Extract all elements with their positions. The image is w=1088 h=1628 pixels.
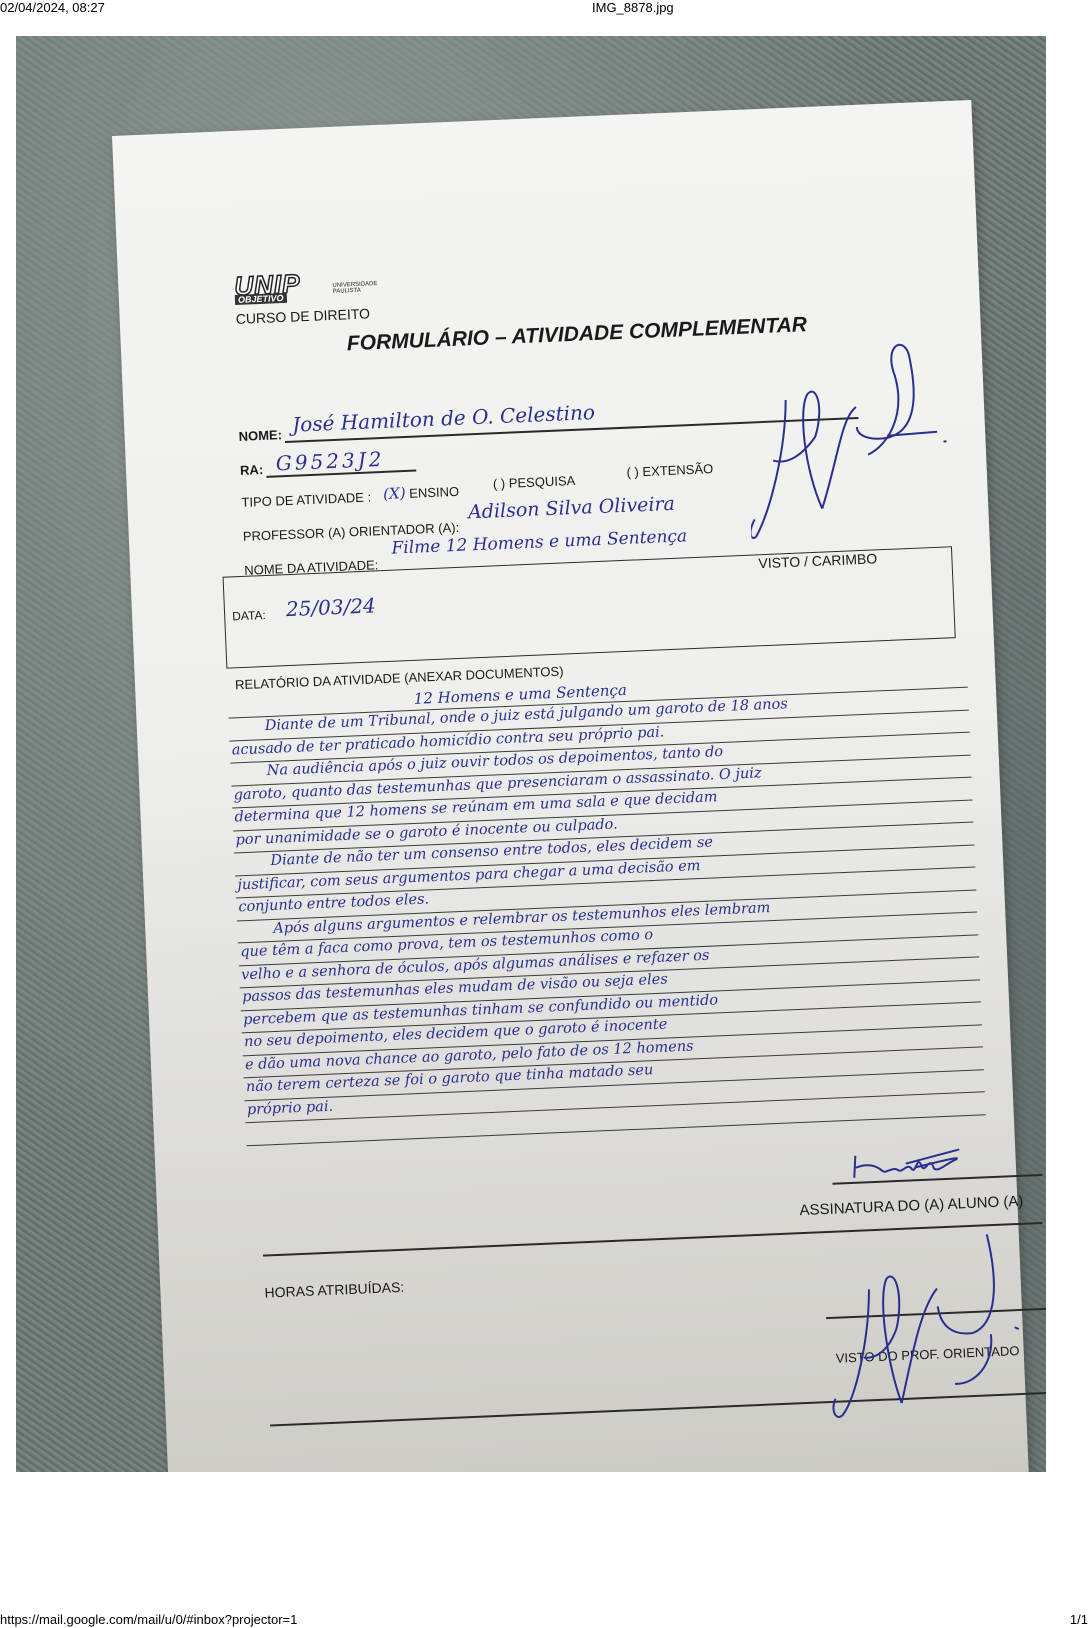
pesquisa-check-mark: ( ) bbox=[493, 476, 506, 492]
print-page-number: 1/1 bbox=[1070, 1612, 1088, 1627]
print-datetime: 02/04/2024, 08:27 bbox=[0, 0, 105, 15]
course-label: CURSO DE DIREITO bbox=[235, 305, 370, 327]
assinatura-aluno-label: ASSINATURA DO (A) ALUNO (A) bbox=[799, 1193, 1023, 1219]
ra-label: RA: bbox=[240, 462, 264, 478]
print-header: 02/04/2024, 08:27 IMG_8878.jpg bbox=[0, 0, 1088, 16]
print-filename: IMG_8878.jpg bbox=[592, 0, 674, 15]
ensino-check-mark: (X) bbox=[383, 484, 406, 503]
print-footer: https://mail.google.com/mail/u/0/#inbox?… bbox=[0, 1612, 1088, 1628]
ra-value: G9523J2 bbox=[275, 447, 385, 476]
relatorio-line: próprio pai. bbox=[247, 1098, 334, 1118]
professor-signature-bottom bbox=[808, 1223, 1036, 1422]
form-title: FORMULÁRIO – ATIVIDADE COMPLEMENTAR bbox=[346, 313, 807, 356]
pesquisa-label: PESQUISA bbox=[508, 473, 575, 491]
logo-sub: OBJETIVO bbox=[235, 293, 287, 305]
tipo-option-pesquisa[interactable]: ( ) PESQUISA bbox=[493, 473, 576, 491]
tipo-label: TIPO DE ATIVIDADE : bbox=[241, 489, 371, 509]
extensao-check-mark: ( ) bbox=[626, 464, 639, 480]
relatorio-line: conjunto entre todos eles. bbox=[238, 891, 429, 915]
horas-label: HORAS ATRIBUÍDAS: bbox=[264, 1279, 404, 1301]
extensao-label: EXTENSÃO bbox=[642, 461, 713, 479]
tipo-option-extensao[interactable]: ( ) EXTENSÃO bbox=[626, 461, 713, 480]
nome-label: NOME: bbox=[238, 427, 282, 444]
professor-value: Adilson Silva Oliveira bbox=[468, 493, 676, 524]
unip-logo: UNIP OBJETIVO UNIVERSIDADE PAULISTA bbox=[234, 265, 385, 307]
tipo-option-ensino[interactable]: (X) ENSINO bbox=[383, 482, 460, 503]
data-label: DATA: bbox=[232, 608, 266, 623]
form-paper: UNIP OBJETIVO UNIVERSIDADE PAULISTA CURS… bbox=[112, 100, 1032, 1472]
ensino-label: ENSINO bbox=[409, 484, 459, 501]
logo-university: UNIVERSIDADE PAULISTA bbox=[332, 281, 384, 295]
professor-signature-top bbox=[743, 333, 951, 541]
data-value: 25/03/24 bbox=[285, 593, 376, 621]
print-url[interactable]: https://mail.google.com/mail/u/0/#inbox?… bbox=[0, 1612, 297, 1627]
relatorio-body: 12 Homens e uma Sentença Diante de um Tr… bbox=[112, 100, 971, 136]
photo: UNIP OBJETIVO UNIVERSIDADE PAULISTA CURS… bbox=[16, 36, 1046, 1472]
